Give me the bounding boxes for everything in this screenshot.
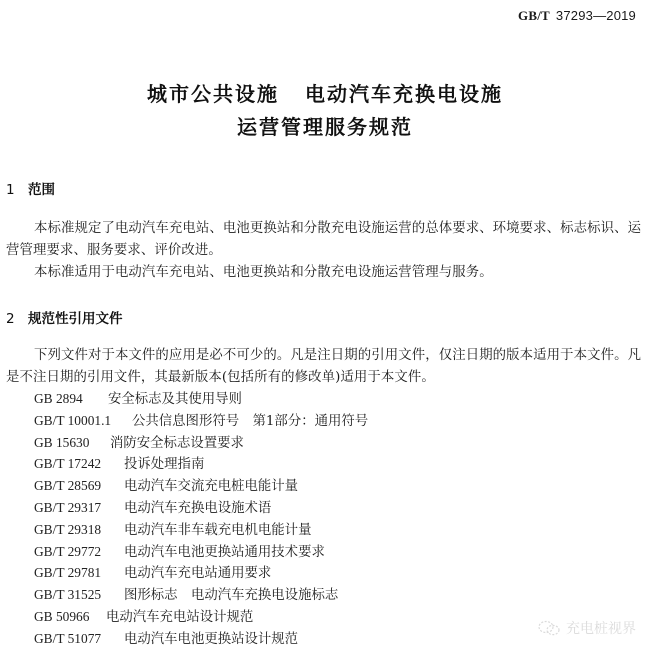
reference-item: GB/T 17242投诉处理指南 <box>34 453 368 475</box>
section-title: 规范性引用文件 <box>28 311 123 327</box>
section-1-paragraph-1: 本标准规定了电动汽车充电站、电池更换站和分散充电设施运营的总体要求、环境要求、标… <box>6 218 642 262</box>
reference-title: 电动汽车电池更换站通用技术要求 <box>124 542 325 564</box>
reference-item: GB/T 29772电动汽车电池更换站通用技术要求 <box>34 541 368 563</box>
reference-title: 电动汽车交流充电桩电能计量 <box>124 476 298 498</box>
normative-references-list: GB 2894安全标志及其使用导则 GB/T 10001.1公共信息图形符号 第… <box>34 388 368 650</box>
wechat-icon <box>538 620 560 636</box>
reference-code: GB 2894 <box>34 388 100 410</box>
reference-title: 电动汽车电池更换站设计规范 <box>124 629 298 651</box>
reference-item: GB 2894安全标志及其使用导则 <box>34 388 368 410</box>
reference-code: GB/T 28569 <box>34 475 114 497</box>
reference-item: GB/T 31525图形标志 电动汽车充换电设施标志 <box>34 584 368 606</box>
reference-code: GB/T 17242 <box>34 453 114 475</box>
section-2-heading: 2规范性引用文件 <box>6 307 123 327</box>
reference-title: 电动汽车非车载充电机电能计量 <box>124 520 311 542</box>
reference-item: GB/T 28569电动汽车交流充电桩电能计量 <box>34 475 368 497</box>
reference-code: GB/T 29317 <box>34 497 114 519</box>
title-part-1: 城市公共设施 <box>147 82 279 106</box>
reference-item: GB/T 51077电动汽车电池更换站设计规范 <box>34 628 368 650</box>
reference-title: 公共信息图形符号 第1部分：通用符号 <box>132 411 368 433</box>
standard-number: GB/T37293—2019 <box>518 8 636 24</box>
section-1-paragraph-2: 本标准适用于电动汽车充电站、电池更换站和分散充电设施运营管理与服务。 <box>6 262 642 284</box>
reference-code: GB/T 29318 <box>34 519 114 541</box>
section-1-heading: 1范围 <box>6 178 55 198</box>
reference-item: GB 15630消防安全标志设置要求 <box>34 432 368 454</box>
reference-item: GB/T 29781电动汽车充电站通用要求 <box>34 562 368 584</box>
watermark-text: 充电桩视界 <box>566 618 636 638</box>
reference-item: GB/T 10001.1公共信息图形符号 第1部分：通用符号 <box>34 410 368 432</box>
reference-code: GB/T 10001.1 <box>34 410 122 432</box>
reference-title: 电动汽车充换电设施术语 <box>124 498 271 520</box>
reference-item: GB/T 29317电动汽车充换电设施术语 <box>34 497 368 519</box>
watermark: 充电桩视界 <box>538 618 636 638</box>
standard-prefix: GB/T <box>518 8 550 23</box>
section-number: 2 <box>6 311 28 327</box>
reference-item: GB/T 29318电动汽车非车载充电机电能计量 <box>34 519 368 541</box>
reference-code: GB/T 51077 <box>34 628 114 650</box>
reference-code: GB 50966 <box>34 606 96 628</box>
reference-code: GB/T 29772 <box>34 541 114 563</box>
reference-item: GB 50966电动汽车充电站设计规范 <box>34 606 368 628</box>
reference-code: GB/T 29781 <box>34 562 114 584</box>
section-title: 范围 <box>28 182 55 198</box>
section-2-paragraph-1: 下列文件对于本文件的应用是必不可少的。凡是注日期的引用文件，仅注日期的版本适用于… <box>6 345 642 389</box>
reference-code: GB/T 31525 <box>34 584 114 606</box>
document-title-line-2: 运营管理服务规范 <box>0 111 650 140</box>
standard-code: 37293—2019 <box>556 8 636 23</box>
reference-title: 安全标志及其使用导则 <box>108 389 242 411</box>
reference-title: 消防安全标志设置要求 <box>110 433 244 455</box>
section-number: 1 <box>6 182 28 198</box>
reference-title: 电动汽车充电站通用要求 <box>124 563 271 585</box>
reference-title: 电动汽车充电站设计规范 <box>106 607 253 629</box>
title-part-2: 电动汽车充换电设施 <box>305 82 503 106</box>
reference-title: 图形标志 电动汽车充换电设施标志 <box>124 585 338 607</box>
reference-title: 投诉处理指南 <box>124 454 204 476</box>
document-title-line-1: 城市公共设施电动汽车充换电设施 <box>0 78 650 107</box>
reference-code: GB 15630 <box>34 432 102 454</box>
